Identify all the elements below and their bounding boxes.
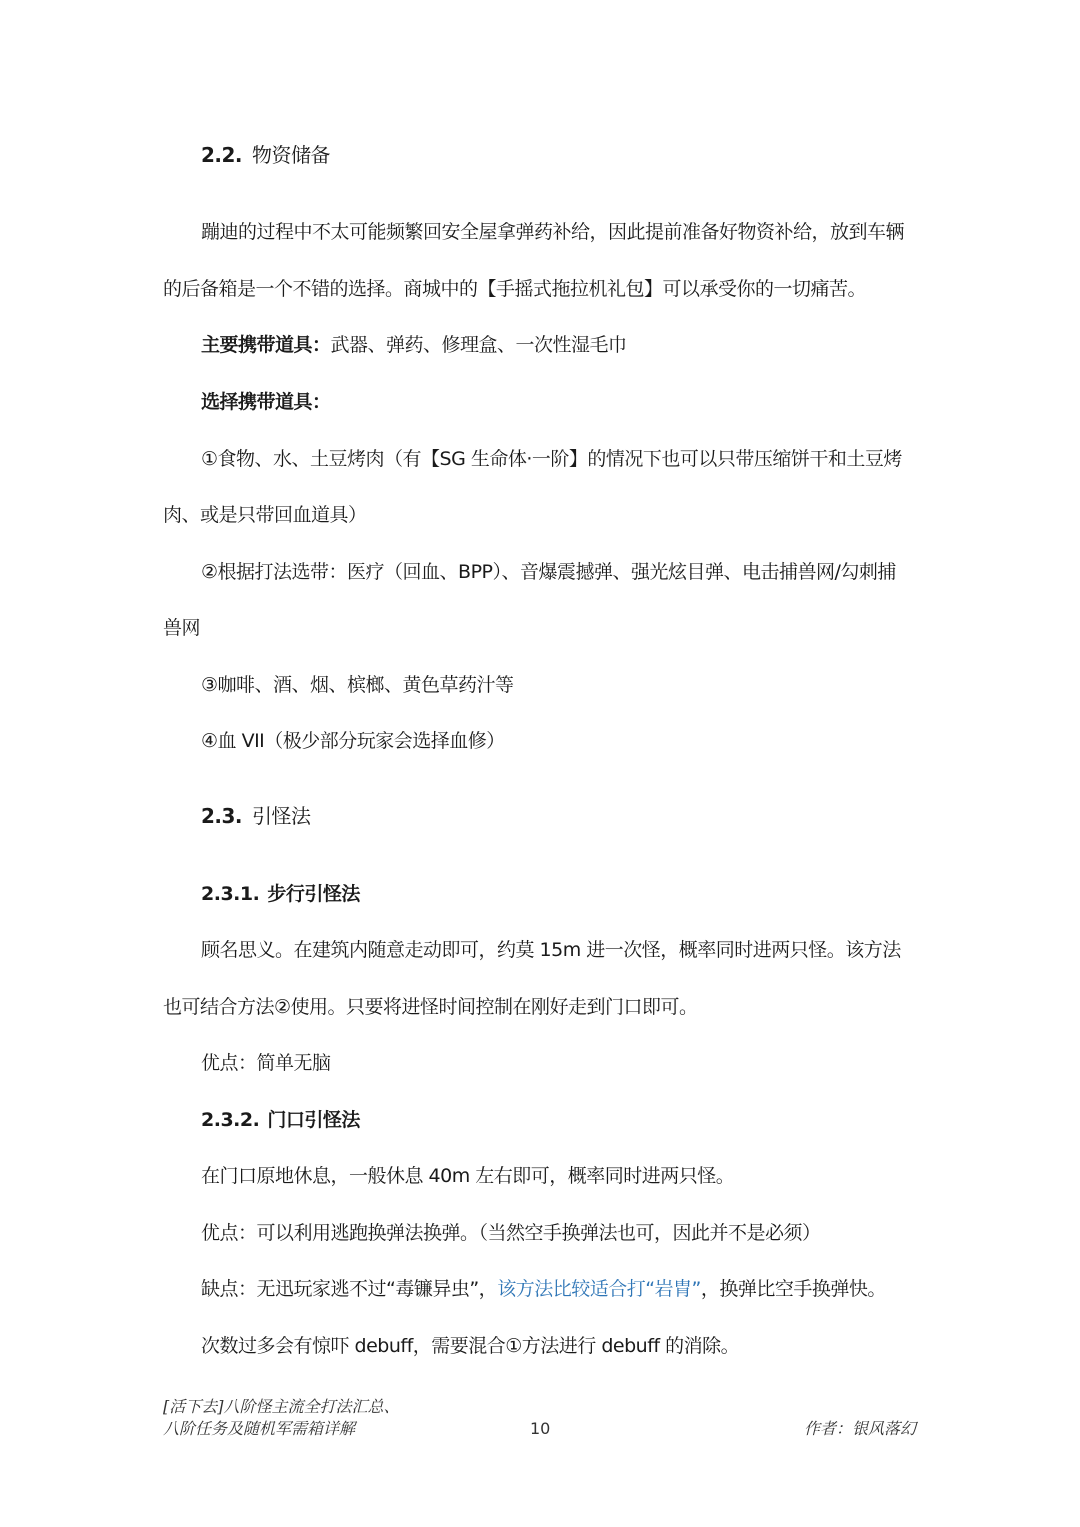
page-number: 10: [530, 1418, 550, 1440]
list-item: ①食物、水、土豆烤肉（有【SG 生命体·一阶】的情况下也可以只带压缩饼干和土豆烤: [201, 447, 902, 471]
list-item: ④血 VII（极少部分玩家会选择血修）: [201, 729, 505, 753]
footer-title-line: 八阶任务及随机军需箱详解: [163, 1418, 400, 1440]
section-heading-2-2: 2.2.物资储备: [201, 143, 330, 167]
paragraph-line: 蹦迪的过程中不太可能频繁回安全屋拿弹药补给，因此提前准备好物资补给，放到车辆: [201, 220, 904, 244]
main-items-label: 主要携带道具：: [201, 334, 331, 356]
list-item-continuation: 兽网: [163, 616, 200, 640]
list-item: ③咖啡、酒、烟、槟榔、黄色草药汁等: [201, 673, 514, 697]
footer-document-title: [活下去]八阶怪主流全打法汇总、 八阶任务及随机军需箱详解: [163, 1396, 400, 1440]
pros-line: 优点：简单无脑: [201, 1051, 331, 1075]
footer-title-line: [活下去]八阶怪主流全打法汇总、: [163, 1396, 400, 1418]
paragraph-line: 也可结合方法②使用。只要将进怪时间控制在刚好走到门口即可。: [163, 995, 698, 1019]
document-page: 2.2.物资储备 蹦迪的过程中不太可能频繁回安全屋拿弹药补给，因此提前准备好物资…: [0, 0, 1080, 1527]
subsection-title: 门口引怪法: [267, 1109, 360, 1131]
optional-items-label: 选择携带道具：: [201, 390, 331, 414]
paragraph-line: 顾名思义。在建筑内随意走动即可，约莫 15m 进一次怪，概率同时进两只怪。该方法: [201, 938, 901, 962]
cons-highlight: 该方法比较适合打“岩胄”: [497, 1278, 701, 1300]
main-items-text: 武器、弹药、修理盒、一次性湿毛巾: [331, 334, 627, 356]
subsection-heading-2-3-1: 2.3.1.步行引怪法: [201, 882, 360, 906]
pros-line: 优点：可以利用逃跑换弹法换弹。（当然空手换弹法也可，因此并不是必须）: [201, 1221, 821, 1245]
cons-text: 缺点：无迅玩家逃不过“毒镰异虫”，: [201, 1278, 497, 1300]
paragraph-line: 在门口原地休息，一般休息 40m 左右即可，概率同时进两只怪。: [201, 1164, 734, 1188]
cons-text-end: ，换弹比空手换弹快。: [701, 1278, 886, 1300]
list-item: ②根据打法选带：医疗（回血、BPP）、音爆震撼弹、强光炫目弹、电击捕兽网/勾刺捕: [201, 560, 896, 584]
note-line: 次数过多会有惊吓 debuff，需要混合①方法进行 debuff 的消除。: [201, 1334, 739, 1358]
list-item-continuation: 肉、或是只带回血道具）: [163, 503, 367, 527]
section-title: 物资储备: [252, 143, 330, 167]
paragraph-line: 的后备箱是一个不错的选择。商城中的【手摇式拖拉机礼包】可以承受你的一切痛苦。: [163, 277, 866, 301]
subsection-title: 步行引怪法: [267, 883, 360, 905]
main-items-line: 主要携带道具：武器、弹药、修理盒、一次性湿毛巾: [201, 333, 627, 357]
section-heading-2-3: 2.3.引怪法: [201, 804, 311, 828]
footer-author: 作者：银风落幻: [804, 1418, 916, 1440]
cons-line: 缺点：无迅玩家逃不过“毒镰异虫”，该方法比较适合打“岩胄”，换弹比空手换弹快。: [201, 1277, 886, 1301]
subsection-number: 2.3.1.: [201, 883, 259, 905]
section-number: 2.3.: [201, 804, 242, 828]
section-number: 2.2.: [201, 143, 242, 167]
subsection-number: 2.3.2.: [201, 1109, 259, 1131]
subsection-heading-2-3-2: 2.3.2.门口引怪法: [201, 1108, 360, 1132]
section-title: 引怪法: [252, 804, 311, 828]
